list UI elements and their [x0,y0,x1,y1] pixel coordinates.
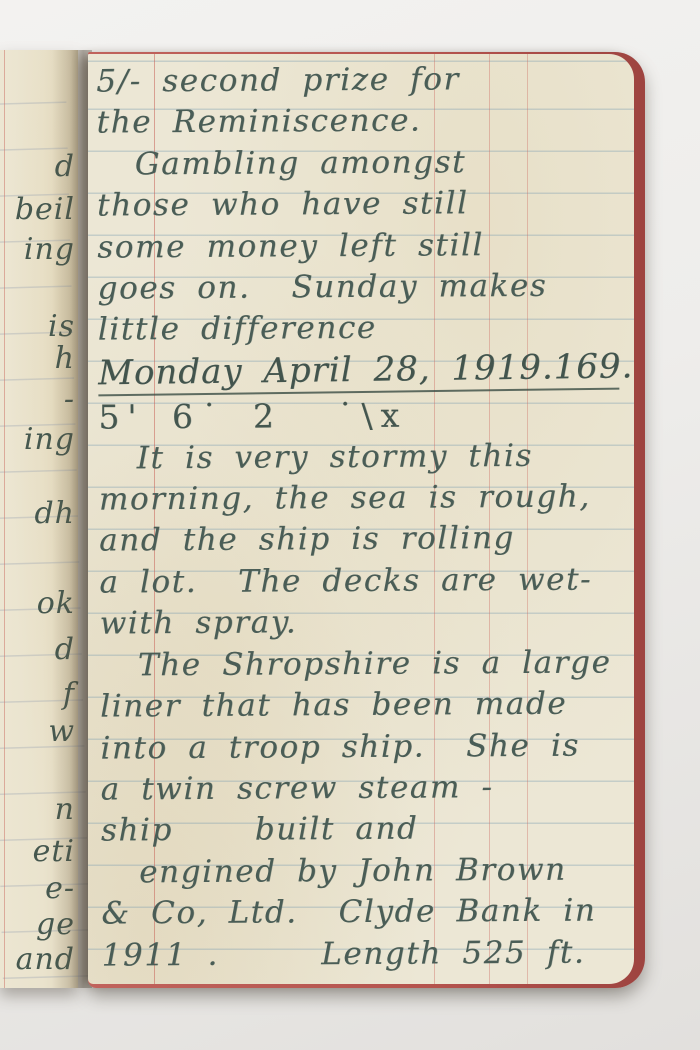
notebook-photo: dbeilingish-ingdhokdfwnetie-geand 5/- se… [0,0,700,1050]
diary-line: a lot. The decks are wet- [99,559,620,604]
diary-line: the Reminiscence. [96,100,617,145]
diary-line: goes on. Sunday makes [97,265,618,310]
diary-line: engined by John Brown [101,849,622,894]
gutter-shadow [52,50,92,988]
red-fore-edge: 5/- second prize forthe Reminiscence.Gam… [88,52,645,988]
handwriting-layer: 5/- second prize forthe Reminiscence.Gam… [96,58,623,976]
diary-line: a twin screw steam - [101,766,622,811]
diary-line: those who have still [97,183,618,228]
diary-line: morning, the sea is rough, [99,476,620,521]
diary-line: little difference [98,307,619,352]
diary-line: 1911 . Length 525 ft. [102,932,623,977]
diary-line: & Co, Ltd. Clyde Bank in [101,891,622,936]
diary-line: It is very stormy this [99,435,620,480]
diary-line: The Shropshire is a large [100,642,621,687]
diary-line: into a troop ship. She is [100,725,621,770]
date-heading: Monday April 28, 1919. 169. [98,346,620,396]
diary-line: liner that has been made [100,683,621,728]
diary-line: ship built and [101,808,622,853]
diary-line: with spray. [100,601,621,646]
diary-line: and the ship is rolling [99,518,620,563]
date-text: Monday April 28, 1919. [98,347,554,394]
shorthand-line: 5' 6˙ 2 ˙\x [98,394,619,439]
diary-line: some money left still [97,224,618,269]
diary-line: 5/- second prize for [96,58,617,103]
diary-line: Gambling amongst [97,141,618,186]
page-number: 169. [553,346,633,388]
diary-page: 5/- second prize forthe Reminiscence.Gam… [88,54,634,984]
